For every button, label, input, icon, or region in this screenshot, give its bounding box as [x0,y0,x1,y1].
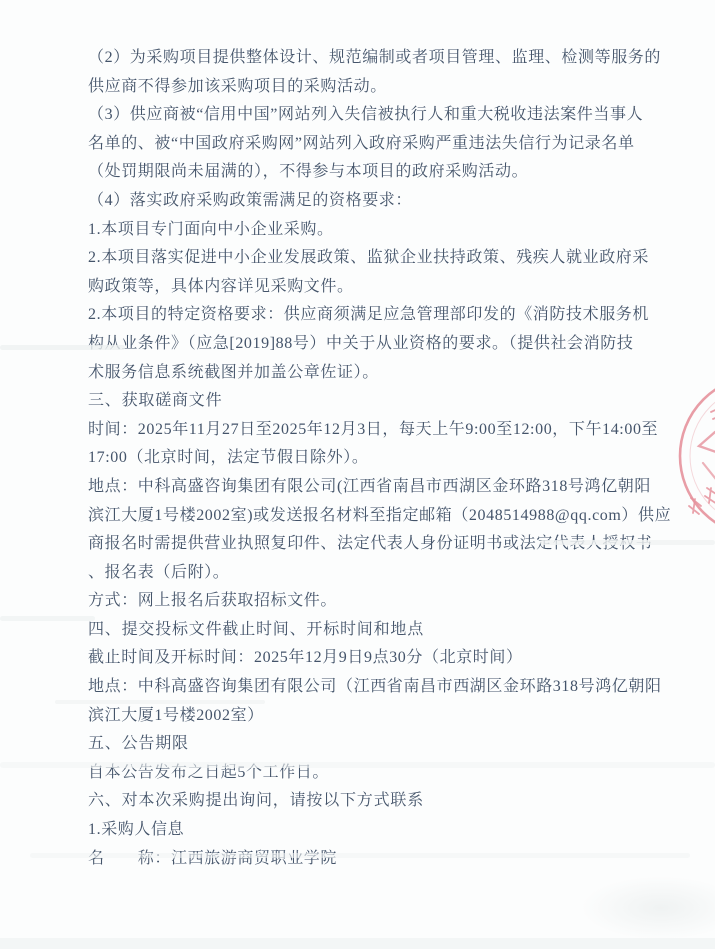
doc-line: （3）供应商被“信用中国”网站列入失信被执行人和重大税收违法案件当事人 [88,101,660,130]
official-seal-stamp-icon [669,370,715,546]
doc-line: 2.本项目的特定资格要求：供应商须满足应急管理部印发的《消防技术服务机 [88,301,660,330]
doc-line: 供应商不得参加该采购项目的采购活动。 [88,73,660,102]
section-heading-5: 五、公告期限 [88,730,660,759]
scanned-document-page: （2）为采购项目提供整体设计、规范编制或者项目管理、监理、检测等服务的 供应商不… [0,0,715,949]
doc-line: （处罚期限尚未届满的），不得参与本项目的政府采购活动。 [88,158,660,187]
doc-line: 商报名时需提供营业执照复印件、法定代表人身份证明书或法定代表人授权书 [88,530,660,559]
doc-line: 1.本项目专门面向中小企业采购。 [88,216,660,245]
scan-artifact [580,876,715,940]
doc-line: 方式：网上报名后获取招标文件。 [88,587,660,616]
section-heading-6: 六、对本次采购提出询问，请按以下方式联系 [88,787,660,816]
scan-artifact [0,616,95,621]
doc-line: 时间：2025年11月27日至2025年12月3日，每天上午9:00至12:00… [88,416,660,445]
document-text-block: （2）为采购项目提供整体设计、规范编制或者项目管理、监理、检测等服务的 供应商不… [88,44,660,873]
doc-line: 截止时间及开标时间：2025年12月9日9点30分（北京时间） [88,644,660,673]
scan-artifact [0,938,715,949]
doc-line: 17:00（北京时间，法定节假日除外）。 [88,444,660,473]
doc-line: 滨江大厦1号楼2002室)或发送报名材料至指定邮箱（2048514988@qq.… [88,502,660,531]
doc-line: 滨江大厦1号楼2002室） [88,702,660,731]
doc-line: 构从业条件》（应急[2019]88号）中关于从业资格的要求。（提供社会消防技 [88,330,660,359]
doc-line: 名 称：江西旅游商贸职业学院 [88,845,660,874]
doc-line: 自本公告发布之日起5个工作日。 [88,759,660,788]
doc-line: 购政策等，具体内容详见采购文件。 [88,273,660,302]
doc-line: 、报名表（后附）。 [88,559,660,588]
doc-line: 地点：中科高盛咨询集团有限公司（江西省南昌市西湖区金环路318号鸿亿朝阳 [88,673,660,702]
doc-line: （4）落实政府采购政策需满足的资格要求： [88,187,660,216]
doc-line: 地点：中科高盛咨询集团有限公司(江西省南昌市西湖区金环路318号鸿亿朝阳 [88,473,660,502]
doc-line: 术服务信息系统截图并加盖公章佐证）。 [88,359,660,388]
doc-line: 2.本项目落实促进中小企业发展政策、监狱企业扶持政策、残疾人就业政府采 [88,244,660,273]
section-heading-4: 四、提交投标文件截止时间、开标时间和地点 [88,616,660,645]
doc-line: 1.采购人信息 [88,816,660,845]
doc-line: 名单的、被“中国政府采购网”网站列入政府采购严重违法失信行为记录名单 [88,130,660,159]
section-heading-3: 三、获取磋商文件 [88,387,660,416]
doc-line: （2）为采购项目提供整体设计、规范编制或者项目管理、监理、检测等服务的 [88,44,660,73]
